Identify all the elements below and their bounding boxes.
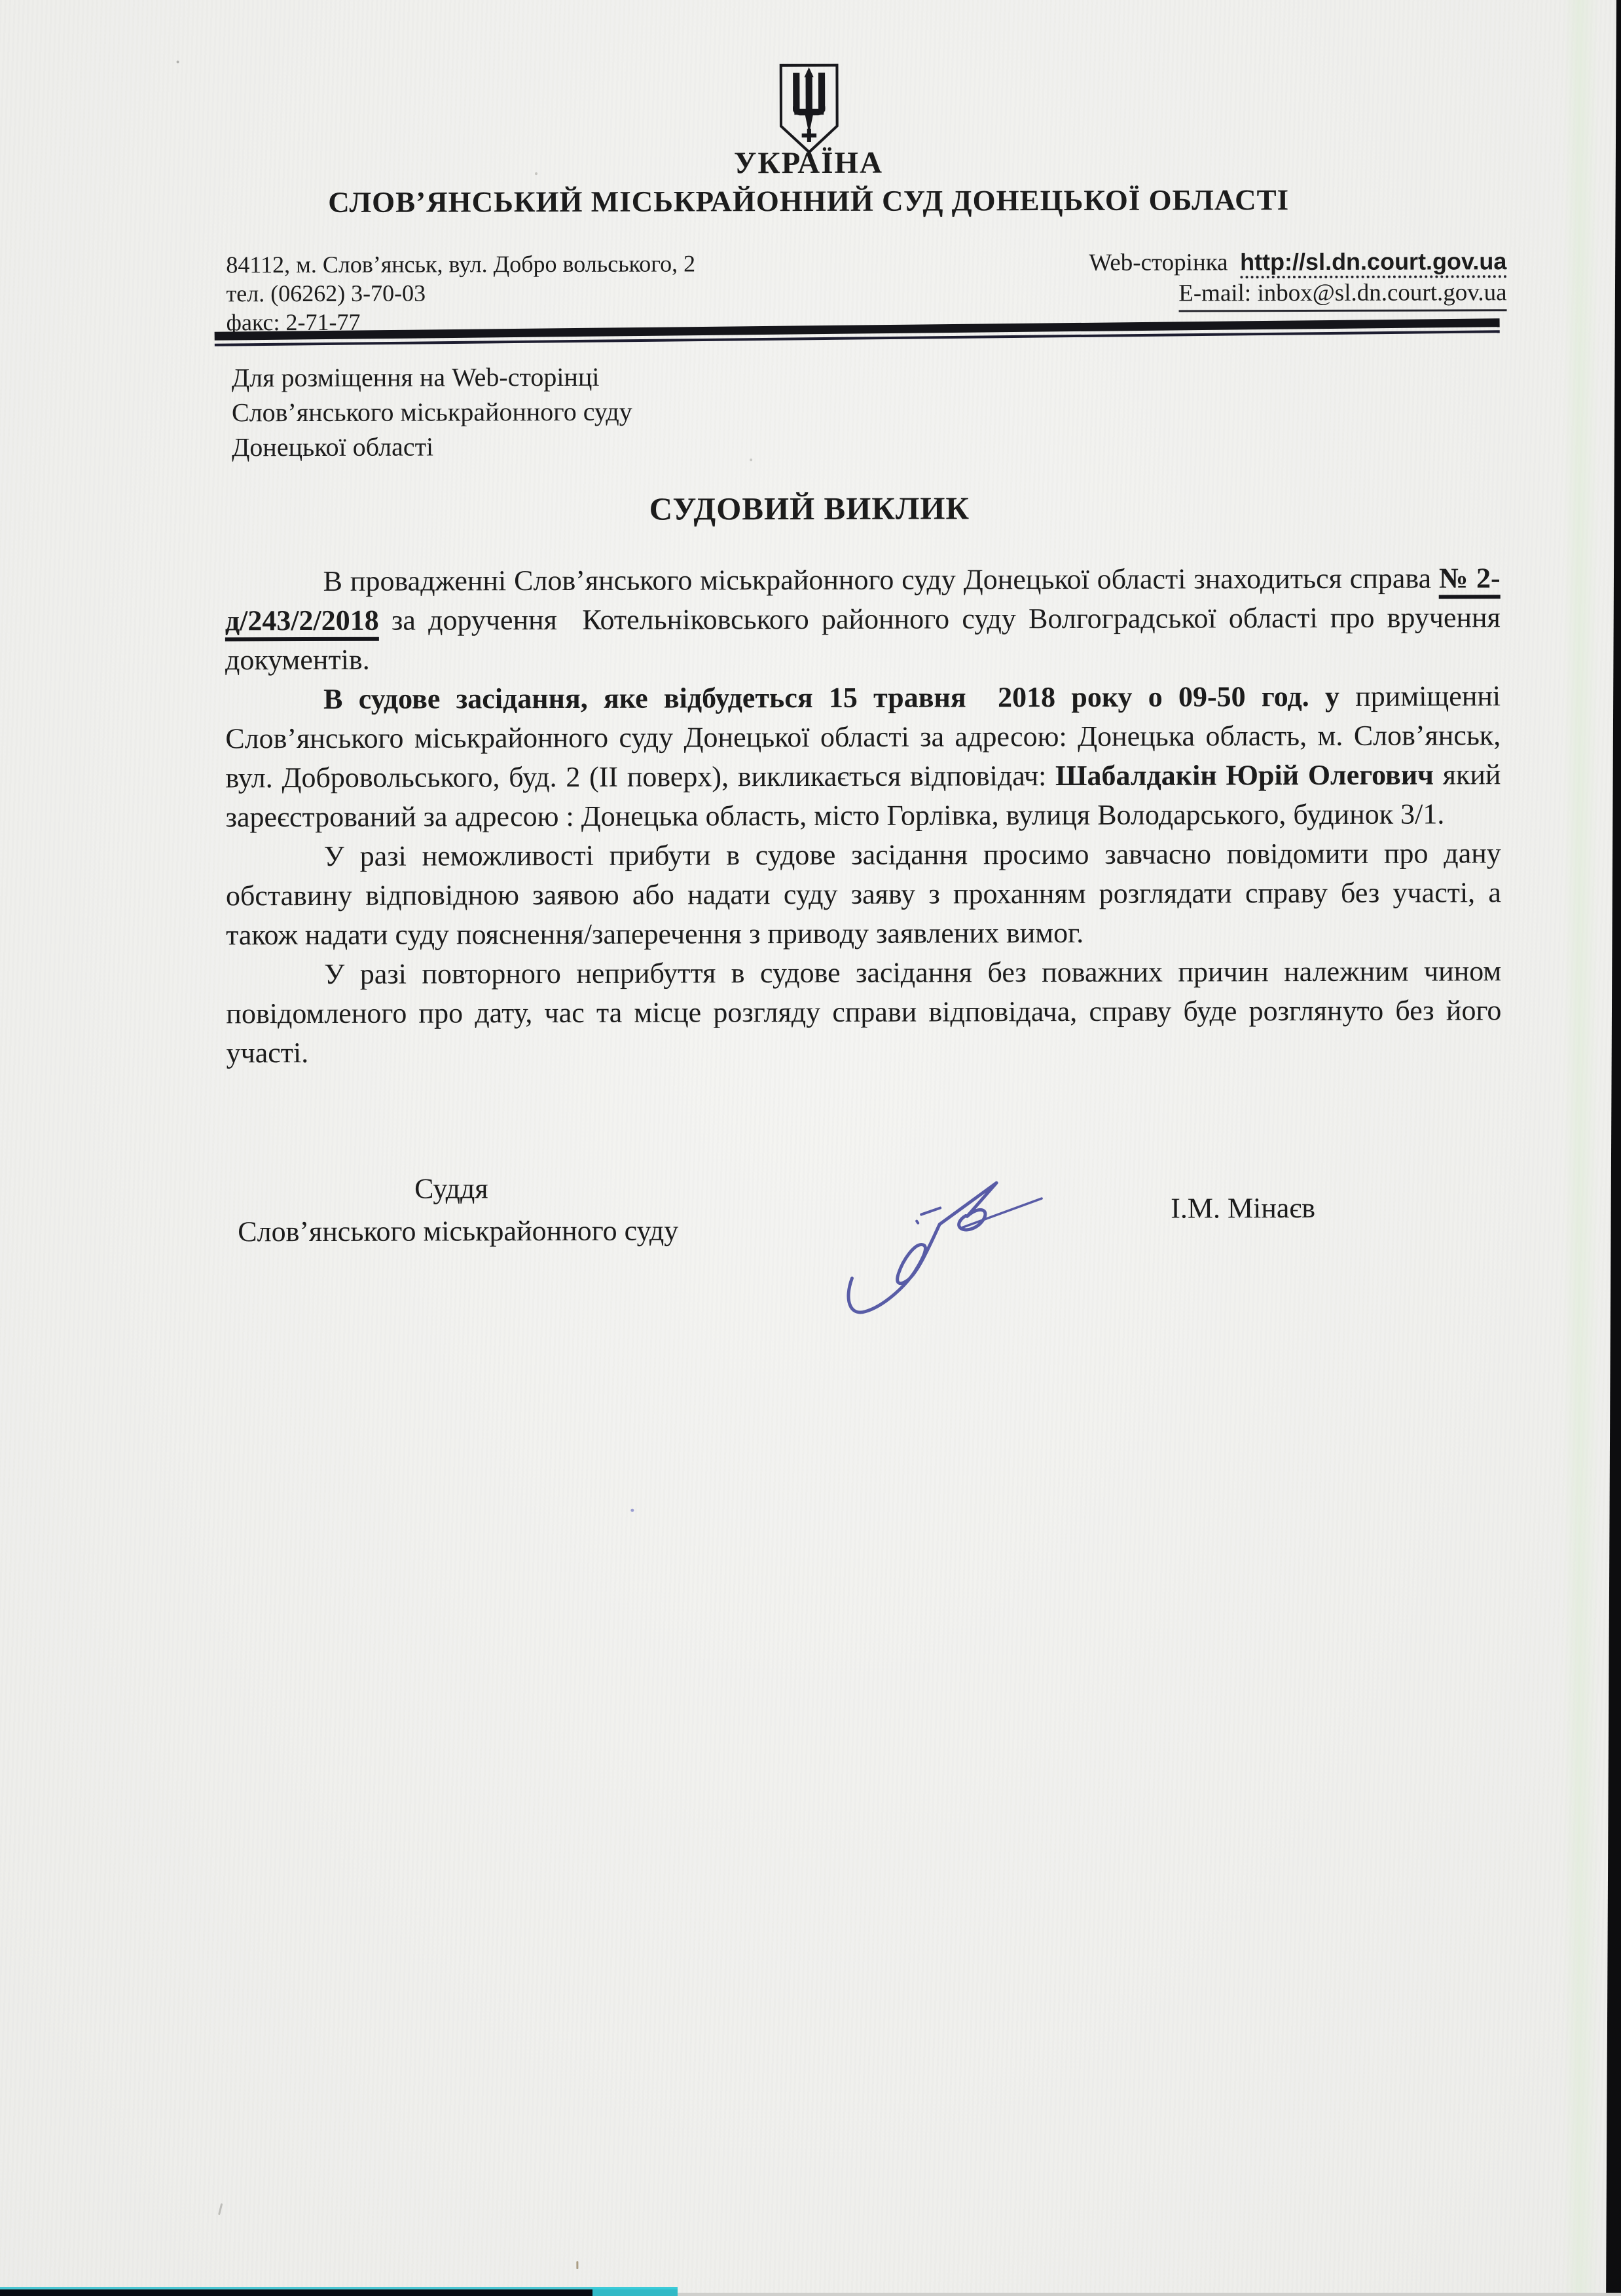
document-content: УКРАЇНА СЛОВ’ЯНСЬКИЙ МІСЬКРАЙОННИЙ СУД Д…: [0, 0, 1621, 2296]
tryzub-coat-of-arms-icon: [776, 60, 843, 157]
web-publication-note: Для розміщення на Web-сторінці Слов’янсь…: [232, 360, 632, 465]
handwritten-signature-icon: [831, 1147, 1057, 1367]
note-line: Слов’янського міськрайонного суду: [232, 394, 632, 430]
contact-address: 84112, м. Слов’янськ, вул. Добро вольськ…: [226, 249, 695, 279]
signer-role-line1: Суддя: [414, 1172, 488, 1205]
scan-speck: [750, 458, 752, 461]
scan-bottom-black-bar: [0, 2289, 678, 2296]
paragraph-case-info: В провадженні Слов’янського міськрайонно…: [225, 559, 1501, 680]
scan-bottom-gray-strip: [678, 2293, 1621, 2296]
defendant-name: Шабалдакін Юрій Олегович: [1055, 759, 1434, 792]
web-line: Web-сторінка http://sl.dn.court.gov.ua: [1089, 246, 1506, 278]
web-label: Web-сторінка: [1089, 249, 1228, 276]
contact-block-right: Web-сторінка http://sl.dn.court.gov.ua E…: [1089, 246, 1506, 312]
scan-speck: [218, 2203, 223, 2215]
email-line: E-mail: inbox@sl.dn.court.gov.ua: [1089, 277, 1506, 312]
document-body: В провадженні Слов’янського міськрайонно…: [225, 559, 1502, 1073]
paragraph-hearing-info: В судове засідання, яке відбудеться 15 т…: [225, 676, 1501, 837]
scan-speck: [576, 2261, 578, 2269]
case-info-text: за доручення Котельніковського районного…: [225, 601, 1501, 676]
contact-phone: тел. (06262) 3-70-03: [226, 278, 695, 308]
case-info-text: В провадженні Слов’янського міськрайонно…: [323, 562, 1439, 597]
hearing-datetime: В судове засідання, яке відбудеться 15 т…: [323, 680, 1339, 715]
scan-speck: [630, 1509, 634, 1512]
email-address: inbox@sl.dn.court.gov.ua: [1257, 279, 1506, 306]
scanned-page: УКРАЇНА СЛОВ’ЯНСЬКИЙ МІСЬКРАЙОННИЙ СУД Д…: [0, 0, 1621, 2296]
paragraph-repeat-absence: У разі повторного неприбуття в судове за…: [226, 952, 1501, 1073]
court-name: СЛОВ’ЯНСЬКИЙ МІСЬКРАЙОННИЙ СУД ДОНЕЦЬКОЇ…: [0, 182, 1619, 220]
email-label: E-mail:: [1178, 280, 1257, 306]
paragraph-absence-notice: У разі неможливості прибути в судове зас…: [226, 834, 1501, 955]
scan-speck: [177, 61, 179, 64]
contact-block-left: 84112, м. Слов’янськ, вул. Добро вольськ…: [226, 249, 695, 337]
signer-role-line2: Слов’янського міськрайонного суду: [238, 1214, 678, 1249]
note-line: Для розміщення на Web-сторінці: [232, 360, 632, 396]
document-title: СУДОВИЙ ВИКЛИК: [0, 488, 1620, 529]
country-name: УКРАЇНА: [0, 143, 1619, 183]
web-url: http://sl.dn.court.gov.ua: [1240, 248, 1506, 278]
scan-bottom-cyan-blob: [592, 2287, 678, 2296]
judge-name: І.М. Мінаєв: [1171, 1191, 1315, 1225]
note-line: Донецької області: [232, 429, 632, 465]
